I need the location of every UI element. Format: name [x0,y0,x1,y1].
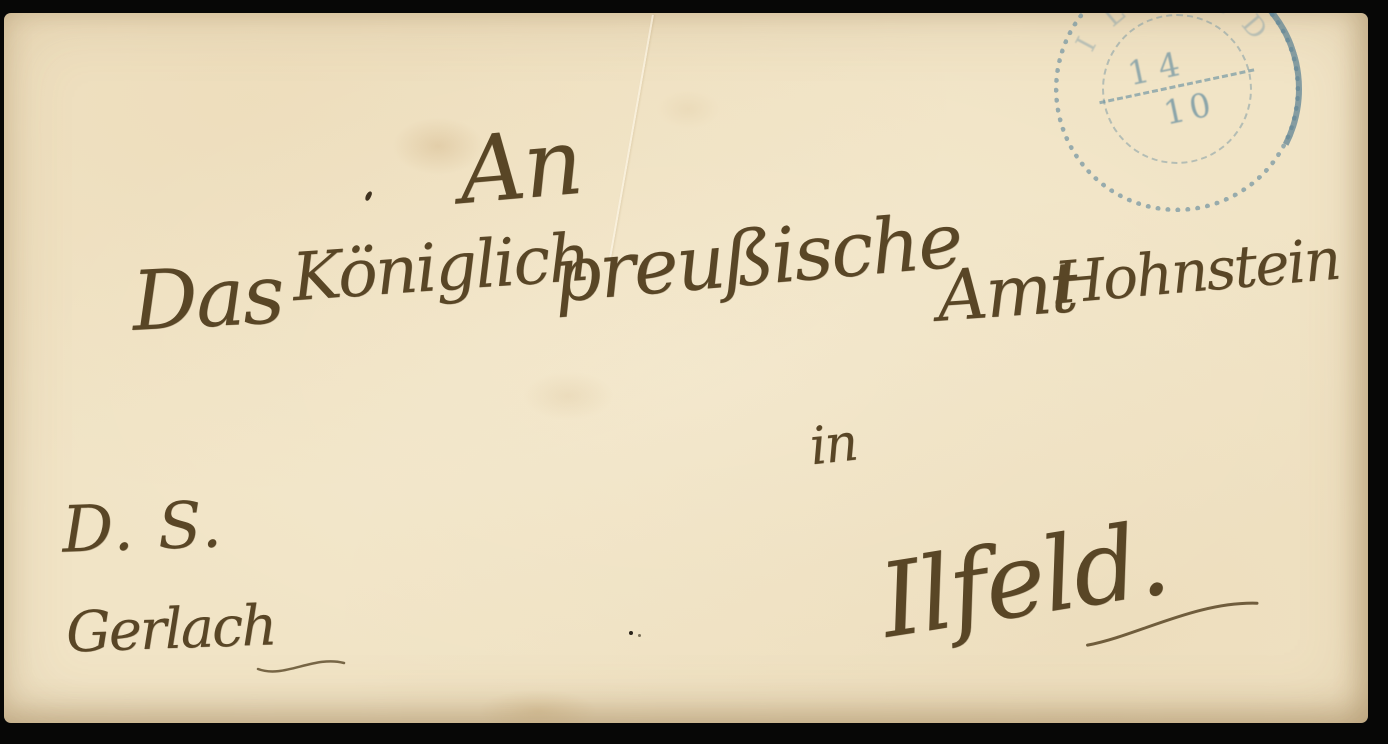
letter-photo: I L F E L D 14 10 An Das Königlich preuß… [0,0,1388,744]
paper-stain [478,689,598,723]
postmark: I L F E L D 14 10 [1054,13,1300,212]
paper-stain [522,371,614,421]
envelope-paper: I L F E L D 14 10 An Das Königlich preuß… [4,13,1368,723]
signature: Gerlach [65,593,277,665]
address-preposition: in [807,413,859,477]
ink-flourish [1080,587,1268,655]
ink-speck [638,634,641,637]
address-word-preussische: preußische [549,195,965,319]
address-word-das: Das [130,247,285,350]
service-mark: D. S. [61,488,225,568]
address-salutation: An [455,108,586,225]
signature-flourish [256,649,348,681]
paper-stain [656,89,720,129]
address-word-hohnstein: Hohnstein [1052,225,1342,318]
ink-speck [629,631,633,635]
address-word-koeniglich: Königlich [290,219,591,317]
ink-speck [364,190,373,201]
